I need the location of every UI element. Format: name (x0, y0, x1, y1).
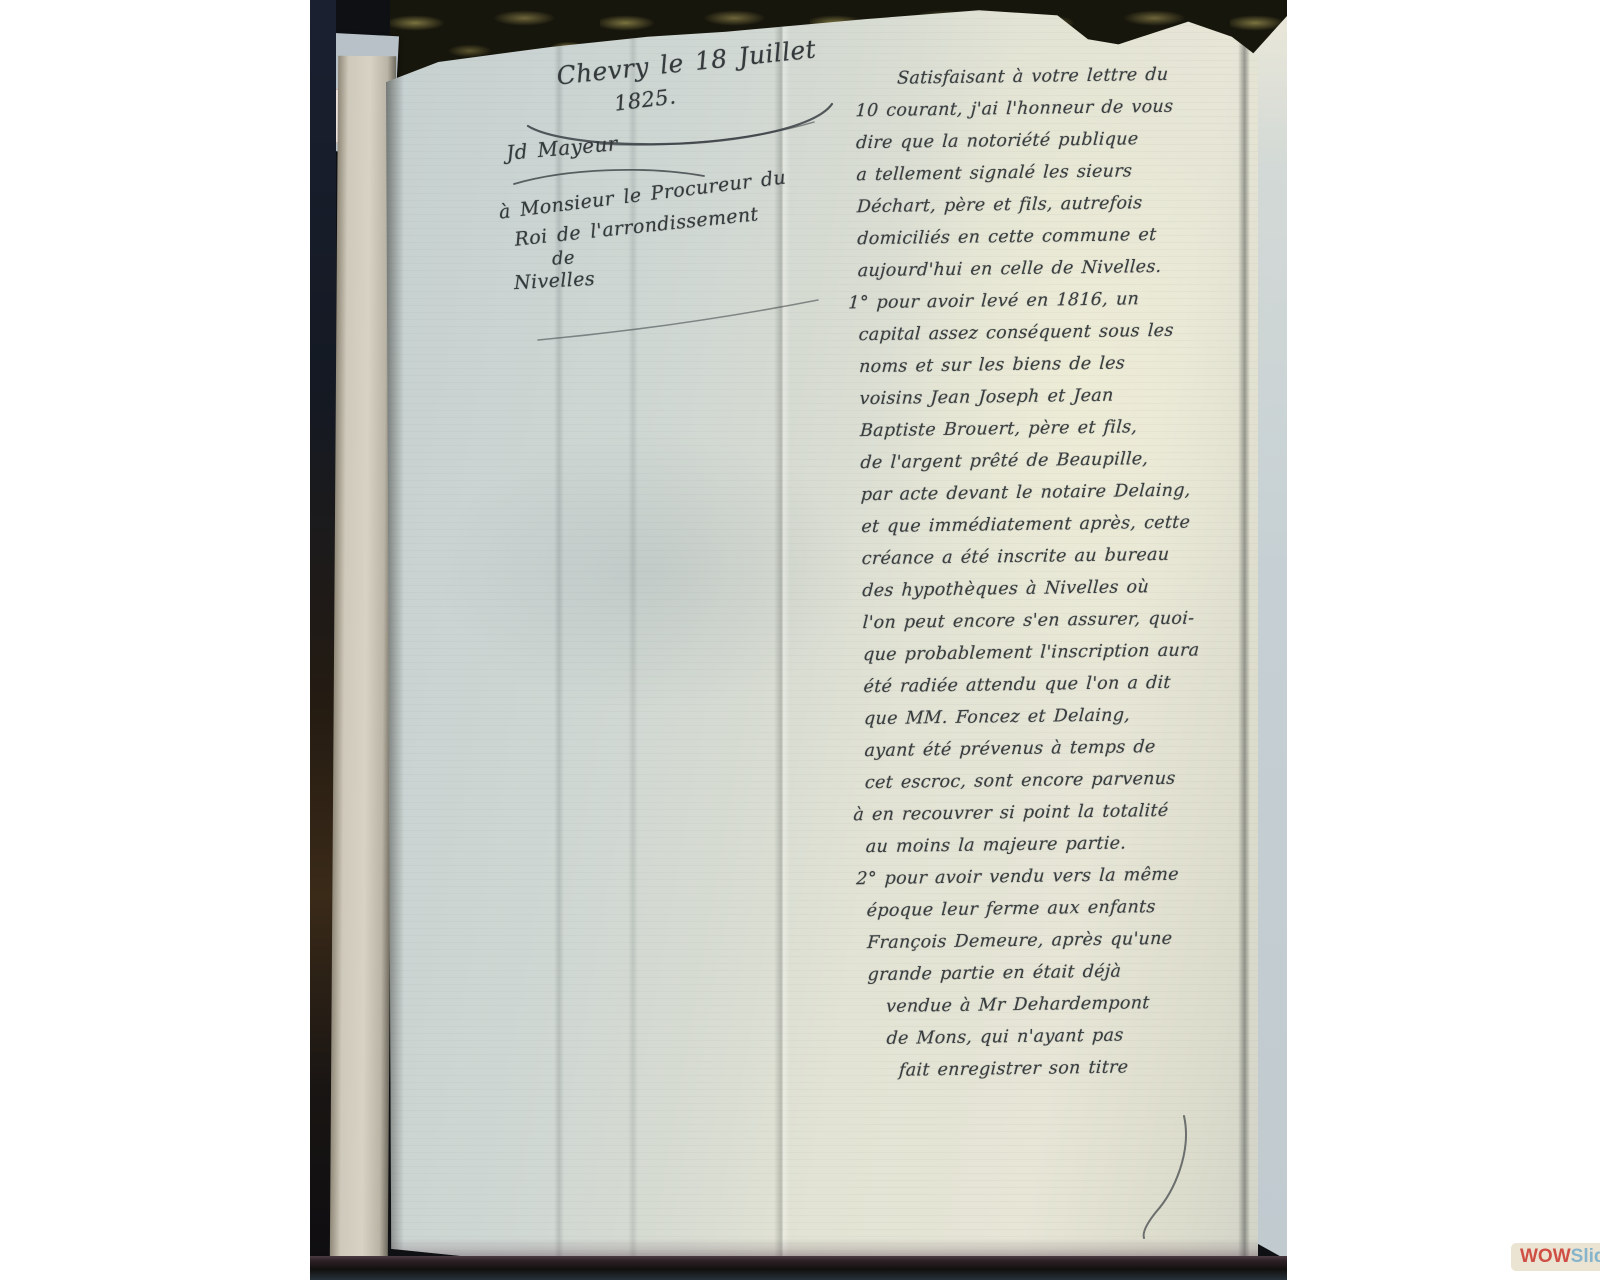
descender-flourish (1134, 1112, 1194, 1242)
manuscript-photo[interactable]: Chevry le 18 Juillet 1825. Jd Mayeur à M… (310, 0, 1287, 1280)
manuscript-body: Satisfaisant à votre lettre du10 courant… (855, 57, 1287, 1087)
dateline-year: 1825. (613, 84, 678, 115)
watermark-slider-text: Slider (1571, 1246, 1600, 1268)
center-fold-crease (774, 4, 790, 1264)
address-flourish (526, 296, 826, 346)
watermark-wow-text: WOW (1520, 1246, 1571, 1268)
slider-frame: Chevry le 18 Juillet 1825. Jd Mayeur à M… (0, 0, 1600, 1280)
recipient-line: Nivelles (513, 268, 595, 294)
table-edge (310, 1256, 1287, 1280)
manuscript-page: Chevry le 18 Juillet 1825. Jd Mayeur à M… (386, 4, 1258, 1264)
page-block-edge (330, 56, 396, 1262)
wowslider-watermark[interactable]: WOWSlider (1511, 1243, 1600, 1271)
signature: Jd Mayeur (505, 131, 618, 165)
recipient-line: de (551, 247, 575, 270)
manuscript-line: fait enregistrer son titre (898, 1049, 1287, 1087)
dateline-place-date: Chevry le 18 Juillet (555, 34, 817, 90)
